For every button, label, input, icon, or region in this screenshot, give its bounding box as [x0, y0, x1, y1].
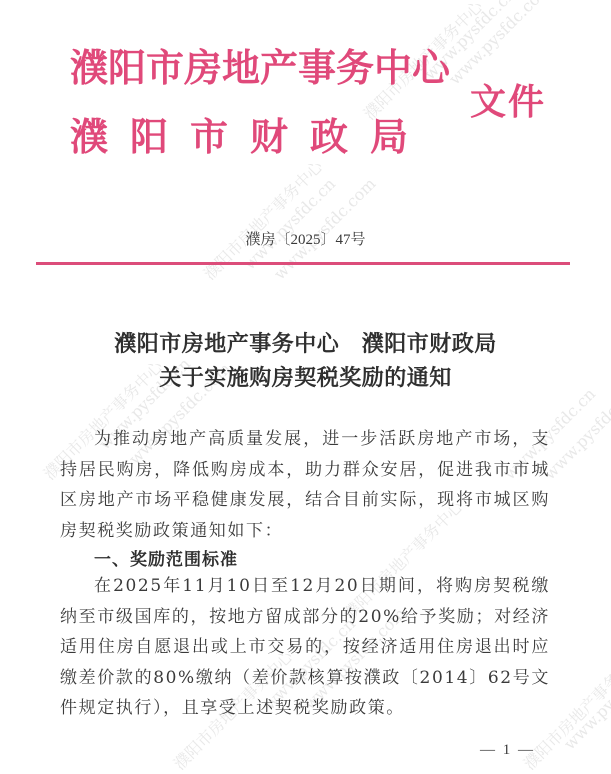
watermark-text: 濮阳市房地产事务中心	[200, 157, 327, 284]
document-number: 濮房〔2025〕47号	[0, 228, 611, 249]
section-heading-1: 一、奖励范围标准	[94, 545, 238, 570]
intro-paragraph: 为推动房地产高质量发展，进一步活跃房地产市场，支持居民购房，降低购房成本，助力群…	[60, 424, 550, 546]
page-number: — 1 —	[480, 742, 535, 759]
document-label: 文件	[470, 74, 546, 125]
red-divider	[36, 262, 570, 265]
watermark-text: www.pysfdc.cn	[560, 654, 611, 754]
issuer-real-estate-center: 濮阳市房地产事务中心	[70, 37, 450, 92]
notice-title-issuers: 濮阳市房地产事务中心 濮阳市财政局	[0, 327, 611, 358]
document-page: 濮阳市房地产事务中心www.pysfdc.cnwww.pysfdc.com濮阳市…	[0, 0, 611, 774]
section-1-paragraph: 在2025年11月10日至12月20日期间，将购房契税缴纳至市级国库的，按地方留…	[60, 571, 550, 724]
notice-title-subject: 关于实施购房契税奖励的通知	[0, 361, 611, 392]
issuer-finance-bureau: 濮阳市财政局	[70, 106, 430, 161]
watermark-text: www.pysfdc.cn	[240, 174, 340, 274]
